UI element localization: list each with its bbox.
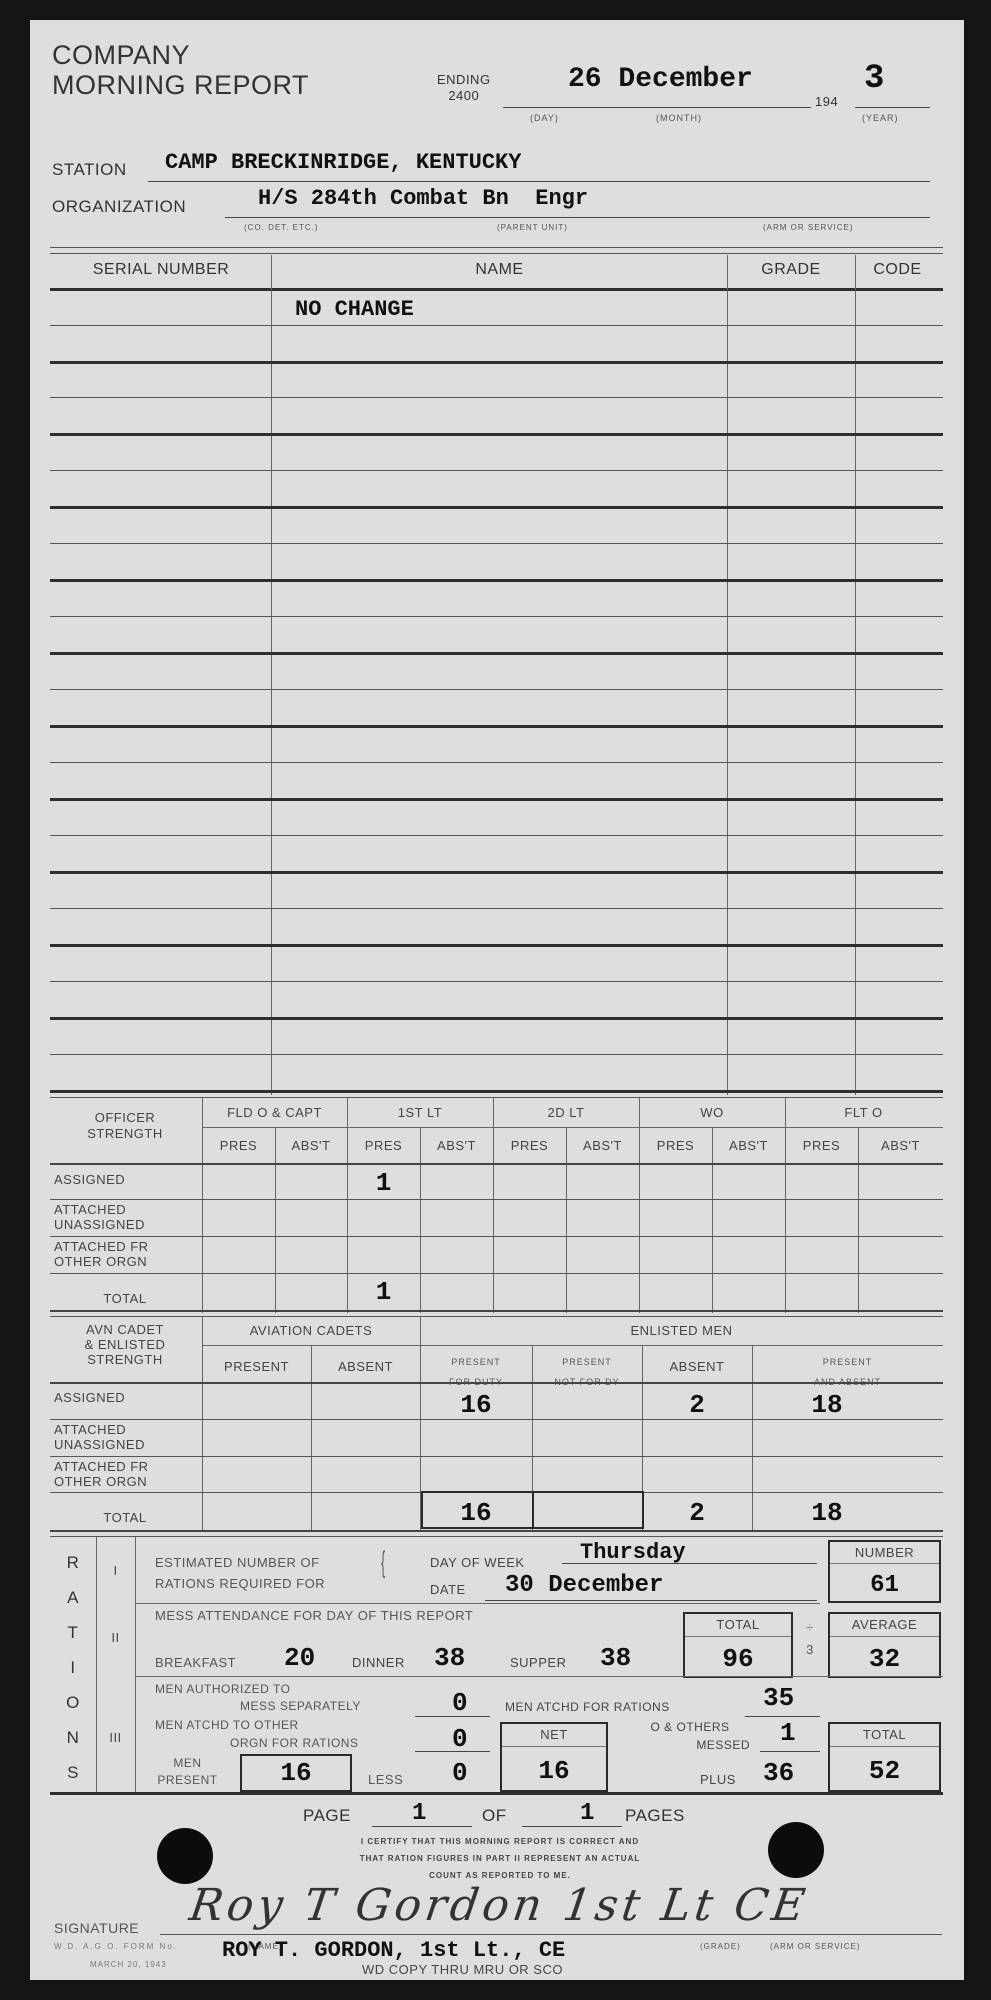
plus-value: 36 xyxy=(763,1758,794,1788)
roster-row-rule xyxy=(50,325,943,326)
subcol-pres: PRES xyxy=(639,1138,712,1153)
col-divider xyxy=(858,1127,859,1313)
estimated-rations-label: ESTIMATED NUMBER OF RATIONS REQUIRED FOR xyxy=(155,1552,325,1594)
total-1st-lt-pres: 1 xyxy=(347,1277,420,1307)
rations-total-value: 52 xyxy=(828,1756,941,1786)
col-code: CODE xyxy=(855,261,940,279)
col-divider xyxy=(727,255,728,1095)
underline xyxy=(485,1600,817,1601)
station-label: STATION xyxy=(52,160,127,180)
roster-row-rule xyxy=(50,1090,943,1093)
divide-icon: ÷ xyxy=(795,1620,825,1635)
divider xyxy=(50,1792,943,1795)
roster-row-rule xyxy=(50,944,943,947)
men-atchd-rations-value: 35 xyxy=(763,1683,794,1713)
col-divider xyxy=(275,1127,276,1313)
col-top: PRESENT xyxy=(420,1352,532,1372)
assigned-absent: 2 xyxy=(642,1390,752,1420)
brace-icon: { xyxy=(381,1546,385,1580)
divider xyxy=(202,1345,943,1346)
report-date: 26 December xyxy=(568,64,753,95)
subcol-pres: PRES xyxy=(785,1138,858,1153)
total-absent: 2 xyxy=(642,1498,752,1528)
roster-row-rule xyxy=(50,361,943,364)
roster-row-rule xyxy=(50,579,943,582)
pages-value: 1 xyxy=(580,1800,594,1827)
subcol-pres: PRES xyxy=(493,1138,566,1153)
divider xyxy=(685,1636,791,1637)
day-of-week-value: Thursday xyxy=(580,1540,686,1565)
title-line-1: COMPANY xyxy=(52,40,309,70)
divider xyxy=(830,1563,939,1564)
men-atchd-other-label-1: MEN ATCHD TO OTHER xyxy=(155,1718,299,1732)
col-divider xyxy=(202,1316,203,1531)
roster-row-rule xyxy=(50,762,943,763)
roster-row-rule xyxy=(50,835,943,836)
underline xyxy=(415,1716,490,1717)
binder-hole-icon xyxy=(768,1822,824,1878)
roster-row-rule xyxy=(50,616,943,617)
certify-line: I CERTIFY THAT THIS MORNING REPORT IS CO… xyxy=(270,1833,730,1850)
divider xyxy=(50,1273,943,1274)
row-total: TOTAL xyxy=(50,1291,200,1306)
supper-label: SUPPER xyxy=(510,1655,566,1670)
underline xyxy=(415,1751,490,1752)
divider xyxy=(50,1382,943,1384)
dinner-value: 38 xyxy=(434,1643,465,1673)
subcol-abst: ABS'T xyxy=(420,1138,493,1153)
page-value: 1 xyxy=(412,1800,426,1827)
subcol-abst: ABS'T xyxy=(566,1138,639,1153)
col-cadets-present: PRESENT xyxy=(202,1359,311,1374)
breakfast-value: 20 xyxy=(284,1643,315,1673)
net-value: 16 xyxy=(500,1756,608,1786)
organization-underline xyxy=(225,217,930,218)
signature-line xyxy=(160,1934,942,1935)
roster-row-rule xyxy=(50,725,943,728)
group-fld-capt: FLD O & CAPT xyxy=(202,1105,347,1120)
arm-caption: (ARM OR SERVICE) xyxy=(763,223,854,232)
less-label: LESS xyxy=(368,1772,403,1787)
assigned-present-for-duty: 16 xyxy=(420,1390,532,1420)
mess-separately-label-2: MESS SEPARATELY xyxy=(240,1699,361,1713)
underline xyxy=(745,1716,820,1717)
row-attached-unassigned: ATTACHED UNASSIGNED xyxy=(54,1422,194,1452)
roster-header-rule xyxy=(50,288,943,291)
label-line: ESTIMATED NUMBER OF xyxy=(155,1552,325,1573)
roster-row-rule xyxy=(50,871,943,874)
certify-line: THAT RATION FIGURES IN PART II REPRESENT… xyxy=(270,1850,730,1867)
side-letter: A xyxy=(50,1580,96,1615)
page-label: PAGE xyxy=(303,1806,351,1826)
roster-row-rule xyxy=(50,506,943,509)
side-letter: S xyxy=(50,1755,96,1790)
number-value: 61 xyxy=(828,1572,941,1599)
ration-date-value: 30 December xyxy=(505,1572,663,1599)
part-2-numeral: II xyxy=(96,1630,135,1645)
subcol-abst: ABS'T xyxy=(712,1138,785,1153)
side-letter: N xyxy=(50,1720,96,1755)
divider xyxy=(135,1603,820,1604)
plus-label: PLUS xyxy=(700,1772,736,1787)
men-present-label: MEN PRESENT xyxy=(140,1755,235,1789)
divider xyxy=(135,1676,943,1677)
enlisted-strength-title: AVN CADET & ENLISTED STRENGTH xyxy=(50,1322,200,1367)
report-year: 3 xyxy=(864,60,884,98)
part-3-numeral: III xyxy=(96,1730,135,1745)
side-letter: T xyxy=(50,1615,96,1650)
ending-text: ENDING xyxy=(437,72,491,88)
roster-entry-name: NO CHANGE xyxy=(295,297,414,322)
officer-title-2: STRENGTH xyxy=(50,1126,200,1142)
roster-row-rule xyxy=(50,1017,943,1020)
label-line: MESSED xyxy=(620,1736,760,1754)
col-divider xyxy=(202,1098,203,1313)
mess-total-label: TOTAL xyxy=(683,1617,793,1632)
day-of-week-label: DAY OF WEEK xyxy=(430,1555,525,1570)
roster-row-rule xyxy=(50,1097,943,1098)
divide-by: 3 xyxy=(795,1642,825,1657)
roster-row-rule xyxy=(50,470,943,471)
roster-row-rule xyxy=(50,652,943,655)
certification-text: I CERTIFY THAT THIS MORNING REPORT IS CO… xyxy=(270,1833,730,1884)
group-aviation-cadets: AVIATION CADETS xyxy=(202,1323,420,1338)
assigned-1st-lt-pres: 1 xyxy=(347,1168,420,1198)
roster-row-rule xyxy=(50,543,943,544)
copy-routing-note: WD COPY THRU MRU OR SCO xyxy=(362,1962,563,1977)
col-divider xyxy=(566,1127,567,1313)
col-divider xyxy=(532,1491,534,1529)
parent-unit-caption: (PARENT UNIT) xyxy=(497,223,568,232)
divider xyxy=(50,1316,943,1317)
divider xyxy=(830,1746,939,1747)
underline xyxy=(760,1751,820,1752)
roster-row-rule xyxy=(50,433,943,436)
group-wo: WO xyxy=(639,1105,785,1120)
group-1st-lt: 1ST LT xyxy=(347,1105,493,1120)
handwritten-signature: Roy T Gordon 1st Lt CE xyxy=(186,1880,812,1931)
pages-label: PAGES xyxy=(625,1806,685,1826)
underline xyxy=(522,1826,622,1827)
divider xyxy=(50,1236,943,1237)
others-messed-value: 1 xyxy=(780,1718,796,1748)
col-divider xyxy=(639,1098,640,1313)
divider xyxy=(50,1456,943,1457)
station-underline xyxy=(148,181,930,182)
col-divider xyxy=(493,1098,494,1313)
organization-label: ORGANIZATION xyxy=(52,197,186,217)
divider xyxy=(830,1636,939,1637)
month-caption: (MONTH) xyxy=(656,113,702,123)
row-assigned: ASSIGNED xyxy=(54,1390,125,1405)
subcol-abst: ABS'T xyxy=(858,1138,943,1153)
row-attached-unassigned: ATTACHED UNASSIGNED xyxy=(54,1202,194,1232)
enlisted-title-3: STRENGTH xyxy=(50,1352,200,1367)
subcol-pres: PRES xyxy=(347,1138,420,1153)
number-label: NUMBER xyxy=(828,1545,941,1560)
supper-value: 38 xyxy=(600,1643,631,1673)
others-messed-label: O & OTHERS MESSED xyxy=(620,1718,760,1754)
group-flt-o: FLT O xyxy=(785,1105,942,1120)
average-value: 32 xyxy=(828,1644,941,1674)
roster-row-rule xyxy=(50,397,943,398)
col-present-for-duty: PRESENT FOR DUTY xyxy=(420,1352,532,1392)
col-top: PRESENT xyxy=(532,1352,642,1372)
side-letter: R xyxy=(50,1545,96,1580)
day-caption: (DAY) xyxy=(530,113,559,123)
subcol-pres: PRES xyxy=(202,1138,275,1153)
label-line: RATIONS REQUIRED FOR xyxy=(155,1573,325,1594)
men-atchd-other-value: 0 xyxy=(452,1724,468,1754)
year-caption: (YEAR) xyxy=(862,113,899,123)
roster-row-rule xyxy=(50,798,943,801)
subcol-abst: ABS'T xyxy=(275,1138,347,1153)
mess-attendance-heading: MESS ATTENDANCE FOR DAY OF THIS REPORT xyxy=(155,1608,473,1623)
divider xyxy=(50,1199,943,1200)
year-underline xyxy=(855,107,930,108)
divider xyxy=(50,247,943,248)
col-enlisted-absent: ABSENT xyxy=(642,1359,752,1374)
mess-separately-label-1: MEN AUTHORIZED TO xyxy=(155,1682,290,1696)
col-top: PRESENT xyxy=(752,1352,943,1372)
rations-total-label: TOTAL xyxy=(828,1727,941,1742)
col-cadets-absent: ABSENT xyxy=(311,1359,420,1374)
station-value: CAMP BRECKINRIDGE, KENTUCKY xyxy=(165,150,521,175)
grade-caption: (GRADE) xyxy=(700,1942,741,1951)
form-title: COMPANY MORNING REPORT xyxy=(52,40,309,100)
ending-time: 2400 xyxy=(437,88,491,104)
enlisted-title-2: & ENLISTED xyxy=(50,1337,200,1352)
less-value: 0 xyxy=(452,1758,468,1788)
row-attached-fr-other: ATTACHED FR OTHER ORGN xyxy=(54,1459,194,1489)
officer-title-1: OFFICER xyxy=(50,1110,200,1126)
ending-label: ENDING 2400 xyxy=(437,72,491,104)
arm-service-caption: (ARM OR SERVICE) xyxy=(770,1942,861,1951)
dinner-label: DINNER xyxy=(352,1655,405,1670)
officer-strength-title: OFFICER STRENGTH xyxy=(50,1110,200,1142)
group-enlisted-men: ENLISTED MEN xyxy=(420,1323,943,1338)
roster-row-rule xyxy=(50,689,943,690)
form-number: W.D. A.G.O. FORM No. xyxy=(54,1942,178,1951)
side-letter: I xyxy=(50,1650,96,1685)
men-atchd-rations-label: MEN ATCHD FOR RATIONS xyxy=(505,1700,670,1714)
total-present-and-absent: 18 xyxy=(752,1498,902,1528)
roster-row-rule xyxy=(50,908,943,909)
of-label: OF xyxy=(482,1806,507,1826)
underline xyxy=(562,1563,817,1564)
date-underline xyxy=(503,107,811,108)
enlisted-title-1: AVN CADET xyxy=(50,1322,200,1337)
side-letter: O xyxy=(50,1685,96,1720)
col-divider xyxy=(271,255,272,1095)
label-line: O & OTHERS xyxy=(620,1718,760,1736)
row-assigned: ASSIGNED xyxy=(54,1172,125,1187)
net-label: NET xyxy=(500,1727,608,1742)
average-label: AVERAGE xyxy=(828,1617,941,1632)
title-line-2: MORNING REPORT xyxy=(52,70,309,100)
col-divider xyxy=(420,1127,421,1313)
roster-row-rule xyxy=(50,1054,943,1055)
breakfast-label: BREAKFAST xyxy=(155,1655,236,1670)
underline xyxy=(372,1826,472,1827)
men-present-value: 16 xyxy=(240,1758,352,1788)
part-1-numeral: I xyxy=(96,1563,135,1578)
divider xyxy=(50,1163,943,1165)
label-line: MEN xyxy=(140,1755,235,1772)
row-total: TOTAL xyxy=(50,1510,200,1525)
row-attached-fr-other: ATTACHED FR OTHER ORGN xyxy=(54,1239,194,1269)
form-date: MARCH 20, 1943 xyxy=(90,1960,167,1969)
col-serial-number: SERIAL NUMBER xyxy=(50,261,272,279)
divider xyxy=(50,1419,943,1420)
group-2d-lt: 2D LT xyxy=(493,1105,639,1120)
col-grade: GRADE xyxy=(727,261,855,279)
typed-officer-name: ROY T. GORDON, 1st Lt., CE xyxy=(222,1938,565,1963)
col-present-and-absent: PRESENT AND ABSENT xyxy=(752,1352,943,1392)
roster-row-rule xyxy=(50,981,943,982)
total-present-for-duty: 16 xyxy=(420,1498,532,1528)
men-atchd-other-label-2: ORGN FOR RATIONS xyxy=(230,1736,358,1750)
divider xyxy=(502,1746,606,1747)
divider xyxy=(50,1536,943,1537)
mess-separately-value: 0 xyxy=(452,1688,468,1718)
col-divider xyxy=(785,1098,786,1313)
col-divider xyxy=(135,1537,136,1792)
binder-hole-icon xyxy=(157,1828,213,1884)
year-prefix: 194 xyxy=(815,94,838,109)
label-line: PRESENT xyxy=(140,1772,235,1789)
col-present-not-for-duty: PRESENT NOT FOR DY xyxy=(532,1352,642,1392)
divider xyxy=(50,253,943,254)
ration-date-label: DATE xyxy=(430,1582,466,1597)
divider xyxy=(50,1530,943,1532)
unit-caption: (CO. DET. ETC.) xyxy=(244,223,319,232)
divider xyxy=(50,1310,943,1312)
rations-side-label: R A T I O N S xyxy=(50,1545,96,1790)
mess-total-value: 96 xyxy=(683,1644,793,1674)
organization-value: H/S 284th Combat Bn Engr xyxy=(258,186,588,211)
divider xyxy=(202,1127,943,1128)
col-name: NAME xyxy=(272,261,727,279)
col-divider xyxy=(712,1127,713,1313)
signature-label: SIGNATURE xyxy=(54,1920,139,1936)
assigned-present-and-absent: 18 xyxy=(752,1390,902,1420)
col-divider xyxy=(855,255,856,1095)
